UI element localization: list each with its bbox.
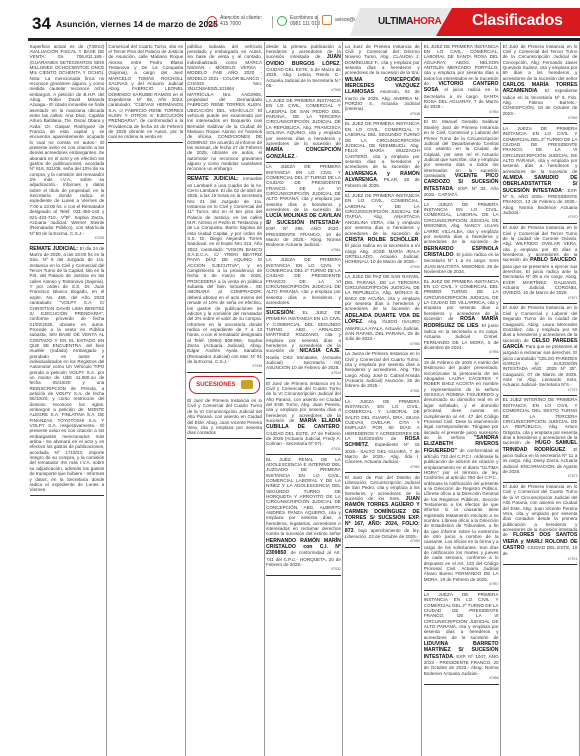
notice-body: Superficie actual es de (730m2) AVALUACI… [30,44,105,236]
page-number: 34 [32,14,51,34]
notice-code: 47932 [266,567,341,572]
legal-notice: El Dr. Manuel Geraldo Saldivar Stanley J… [424,118,499,200]
column-6: EL JUEZ DE PRIMERA INSTANCIA EN LO CIVIL… [422,42,501,756]
notice-body: La Juez de Primera Instancia de Civil y … [345,44,420,76]
notice-heading: REMATE JUDICIAL: [30,246,80,252]
column-4: desde la primera publicación a herederos… [265,42,344,756]
legal-notice: pública subasta del vehículo prendado y … [187,42,262,175]
legal-notice: 19 de Febrero de 2025 A mérito del testi… [424,359,499,591]
legal-notice: EL JUEZ DE PRIMERA INSTANCIA EN LO CIVIL… [424,277,499,358]
legal-notice: La Juez de Primera Instancia de Civil y … [345,42,420,120]
notice-code: 47949 [345,265,420,270]
family-tree-icon [241,380,253,389]
notice-code: 47972 [503,388,578,393]
notice-body: EL JUEZ DE PRIMERA INSTANCIA EN LO CIVIL… [345,193,420,235]
legal-notice: SUCESIÓN: EL JUEZ DE PRIMERA INSTANCIA E… [266,308,341,379]
notice-body: LA JUEZA DE PRIMERA INSTANCIA EN LO CIVI… [424,202,499,244]
notice-code: 47950 [345,342,420,347]
legal-notice: LA JUEZA DE PRIMERA INSTANCIA EN LO CIVI… [503,124,578,223]
page-date: Asunción, viernes 14 de marzo de 2025 [56,19,218,29]
notice-body: El día 24 de Marzo de 2025, a las 15:00 … [30,246,105,492]
legal-notice: EL JUEZ DE PRIMERA INSTANCIA EN LO CIVIL… [345,120,420,192]
notice-body: 19 de Febrero de 2025 A mérito del testi… [424,360,499,440]
notice-body: Inmueble en Lambaré a una cuadra de la A… [187,176,262,364]
legal-notice: Superficie actual es de (730m2) AVALUACI… [30,42,105,244]
legal-notice: El Juez de Primera Instancia en lo Civil… [266,379,341,455]
legal-notice: EL JUEZ DE PRIMERA INSTANCIA EN LO CIVIL… [424,42,499,118]
mail-icon [322,15,332,25]
legal-notice: El Juez de Primera Instancia en lo Civil… [503,304,578,396]
notice-body: pública subasta del vehículo prendado y … [187,44,262,172]
notice-code: 47970 [503,215,578,220]
legal-notice: LA JUEZA DE PRIMERA INSTANCIA EN LO CIVI… [424,200,499,277]
notice-body: EL JUEZ INTERINO DE PRIMERA INSTANCIA EN… [503,397,578,445]
notice-code: 47974 [503,557,578,562]
legal-notice: El Juez de Primera Instancia en lo Civil… [503,483,578,565]
legal-notice: LA JUEZA DE PRIMERA INSTANCIA EN LO CIVI… [345,397,420,473]
notice-body: Comercial del Cuarto Turno, sito en el T… [108,44,183,140]
header-rule [28,38,580,41]
legal-notice: REMATE JUDICIAL: Inmueble en Lambaré a u… [187,175,262,373]
column-2: Comercial del Cuarto Turno, sito en el T… [107,42,186,756]
legal-notice: La Jueza de Primera Instancia en lo Civi… [345,350,420,397]
legal-notice: El Juez de Primera Instancia en lo Civil… [503,42,578,124]
notice-body: LA JUEZ DE PAZ DE SAN RAFAEL DEL PARANÁ,… [345,274,420,311]
column-1: Superficie actual es de (730m2) AVALUACI… [28,42,107,756]
notice-code: 47960 [266,88,341,93]
notice-heading: SUCESIÓN: [266,310,303,316]
legal-notice: desde la primera publicación a herederos… [266,42,341,97]
notice-code: 47935 [187,364,262,369]
divider [272,16,273,28]
notice-code: 47973 [503,474,578,479]
legal-notice: LA JUEZ DE PAZ DE SAN RAFAEL DEL PARANÁ,… [345,273,420,350]
notice-code: 47924 [266,371,341,376]
legal-notice: LA JUEZ DE PRIMERA INSTANCIA EN LO CIVIL… [266,97,341,163]
notice-body: El Dr. Manuel Geraldo Saldivar Stanley J… [424,119,499,177]
notice-body: El Juez de Primera Instancia en lo Civil… [266,381,341,423]
column-5: La Juez de Primera Instancia de Civil y … [343,42,422,756]
notice-code: 47951 [345,389,420,394]
notice-body: EL JUEZ DE PRIMERA INSTANCIA EN LO CIVIL… [424,279,499,321]
notice-body: EL JUEZ DE PRIMERA INSTANCIA EN LO CIVIL… [424,44,499,86]
divider [317,16,318,28]
notice-code: 47954 [424,110,499,115]
notice-body: La Jueza de Primera Instancia en lo Civi… [345,351,420,388]
legal-notice: REMATE JUDICIAL: El día 24 de Marzo de 2… [30,244,105,495]
notice-code: 47961 [266,248,341,253]
column-7: El Juez de Primera Instancia en lo Civil… [501,42,580,756]
notice-name: CRISTA ROLBE SCHÖLLER [345,237,419,243]
whatsapp-icon [277,16,287,26]
notice-code: 47931 [266,447,341,452]
section-header-sucesiones: SUCESIONES [189,376,260,394]
notice-tail: . Para que se presenten al juzgado a rec… [503,344,578,387]
legal-notice: LA JUEZA DE PRIMERA INSTANCIA EN LO CIVI… [266,256,341,309]
notice-body: LA JUEZA DE PRIMERA INSTANCIA EN LO CIVI… [345,399,420,441]
legal-notice: LA JUEZA DE PRIMERA INSTANCIA EN LO CIVI… [266,163,341,256]
legal-notice: El Juez de Paz del Distrito de Liberació… [345,473,420,548]
notice-body: LA JUEZA DE PRIMERA INSTANCIA EN LO CIVI… [266,164,341,212]
notice-code: 47957 [424,582,499,587]
notice-code: 47902 [30,236,105,241]
phone-icon [207,16,217,26]
notice-tail: , bajo apercibimiento de ley. Liberación… [345,528,420,539]
notice-body: EL JUEZ PENAL DE LA ADOLESCENCIA E INTER… [266,457,341,537]
notice-tail: de conformidad al artículo 732 del C.P.C… [424,448,499,582]
notice-body: El Juez de Primera Instancia en lo Civil… [187,398,262,435]
notice-name: NICASIA CAJE [294,348,339,354]
legal-notice: LA JUEZA DE PRIMERA INSTANCIA EN LO CIVI… [424,591,499,685]
notice-name: PABLO SAUCEDO [528,257,576,263]
notice-name: MARÍA CONCEPCIÓN GONZÁLEZ [266,147,341,159]
notice-body: LA JUEZA DE PRIMERA INSTANCIA EN LO CIVI… [503,126,578,174]
legal-notice: EL JUEZ DE PRIMERA INSTANCIA EN LO CIVIL… [345,192,420,273]
customer-service-contact[interactable]: Atención al cliente:415 7000 [207,15,262,27]
notice-code: 47953 [345,539,420,544]
notice-body: LA JUEZA DE PRIMERA INSTANCIA EN LO CIVI… [266,257,341,305]
whatsapp-contact[interactable]: Escribinos al0981 111 013 [277,15,320,27]
notice-code: 47959 [503,116,578,121]
notice-tail: .- [295,154,298,159]
notice-code: 47971 [503,296,578,301]
notice-body: EL JUEZ DE PRIMERA INSTANCIA EN LO CIVIL… [345,121,420,169]
notice-code: 47952 [345,465,420,470]
legal-notice: El Juez de Primera Instancia en lo Civil… [187,397,262,439]
notice-body: EL JUEZ DE PRIMERA INSTANCIA EN LO CIVIL… [266,310,341,353]
notice-code: 47958 [424,676,499,681]
notice-code: 47948 [345,112,420,117]
notice-heading: REMATE JUDICIAL: [187,176,243,182]
notice-body: El Juez de Primera Instancia en lo Civil… [503,484,578,537]
notice-body: El Juez de Primera Instancia en lo Civil… [503,44,578,81]
legal-notice: EL JUEZ INTERINO DE PRIMERA INSTANCIA EN… [503,396,578,483]
page-header: 34 Asunción, viernes 14 de marzo de 2025… [0,0,580,36]
legal-notice: Comercial del Cuarto Turno, sito en el T… [108,42,183,143]
section-banner: Clasificados [436,8,580,36]
brand-logo: ULTIMAHORA [378,16,441,27]
notice-name: LUCÍA MOLINAS DE CAVILAN S/ SUCESIÓN INT… [266,213,341,225]
legal-notice: EL JUEZ PENAL DE LA ADOLESCENCIA E INTER… [266,455,341,576]
legal-notice: El Juez de Primera Instancia en lo Civil… [503,224,578,304]
notice-body: LA JUEZ DE PRIMERA INSTANCIA EN LO CIVIL… [266,98,341,146]
notice-body: LA JUEZA DE PRIMERA INSTANCIA EN LO CIVI… [424,592,499,640]
notice-tail: , para que se presenten a ejercer sus de… [503,257,578,295]
section-title: Clasificados [472,12,563,30]
column-3: pública subasta del vehículo prendado y … [186,42,265,756]
classifieds-columns: Superficie actual es de (730m2) AVALUACI… [28,42,580,756]
notice-code: 47956 [424,350,499,355]
